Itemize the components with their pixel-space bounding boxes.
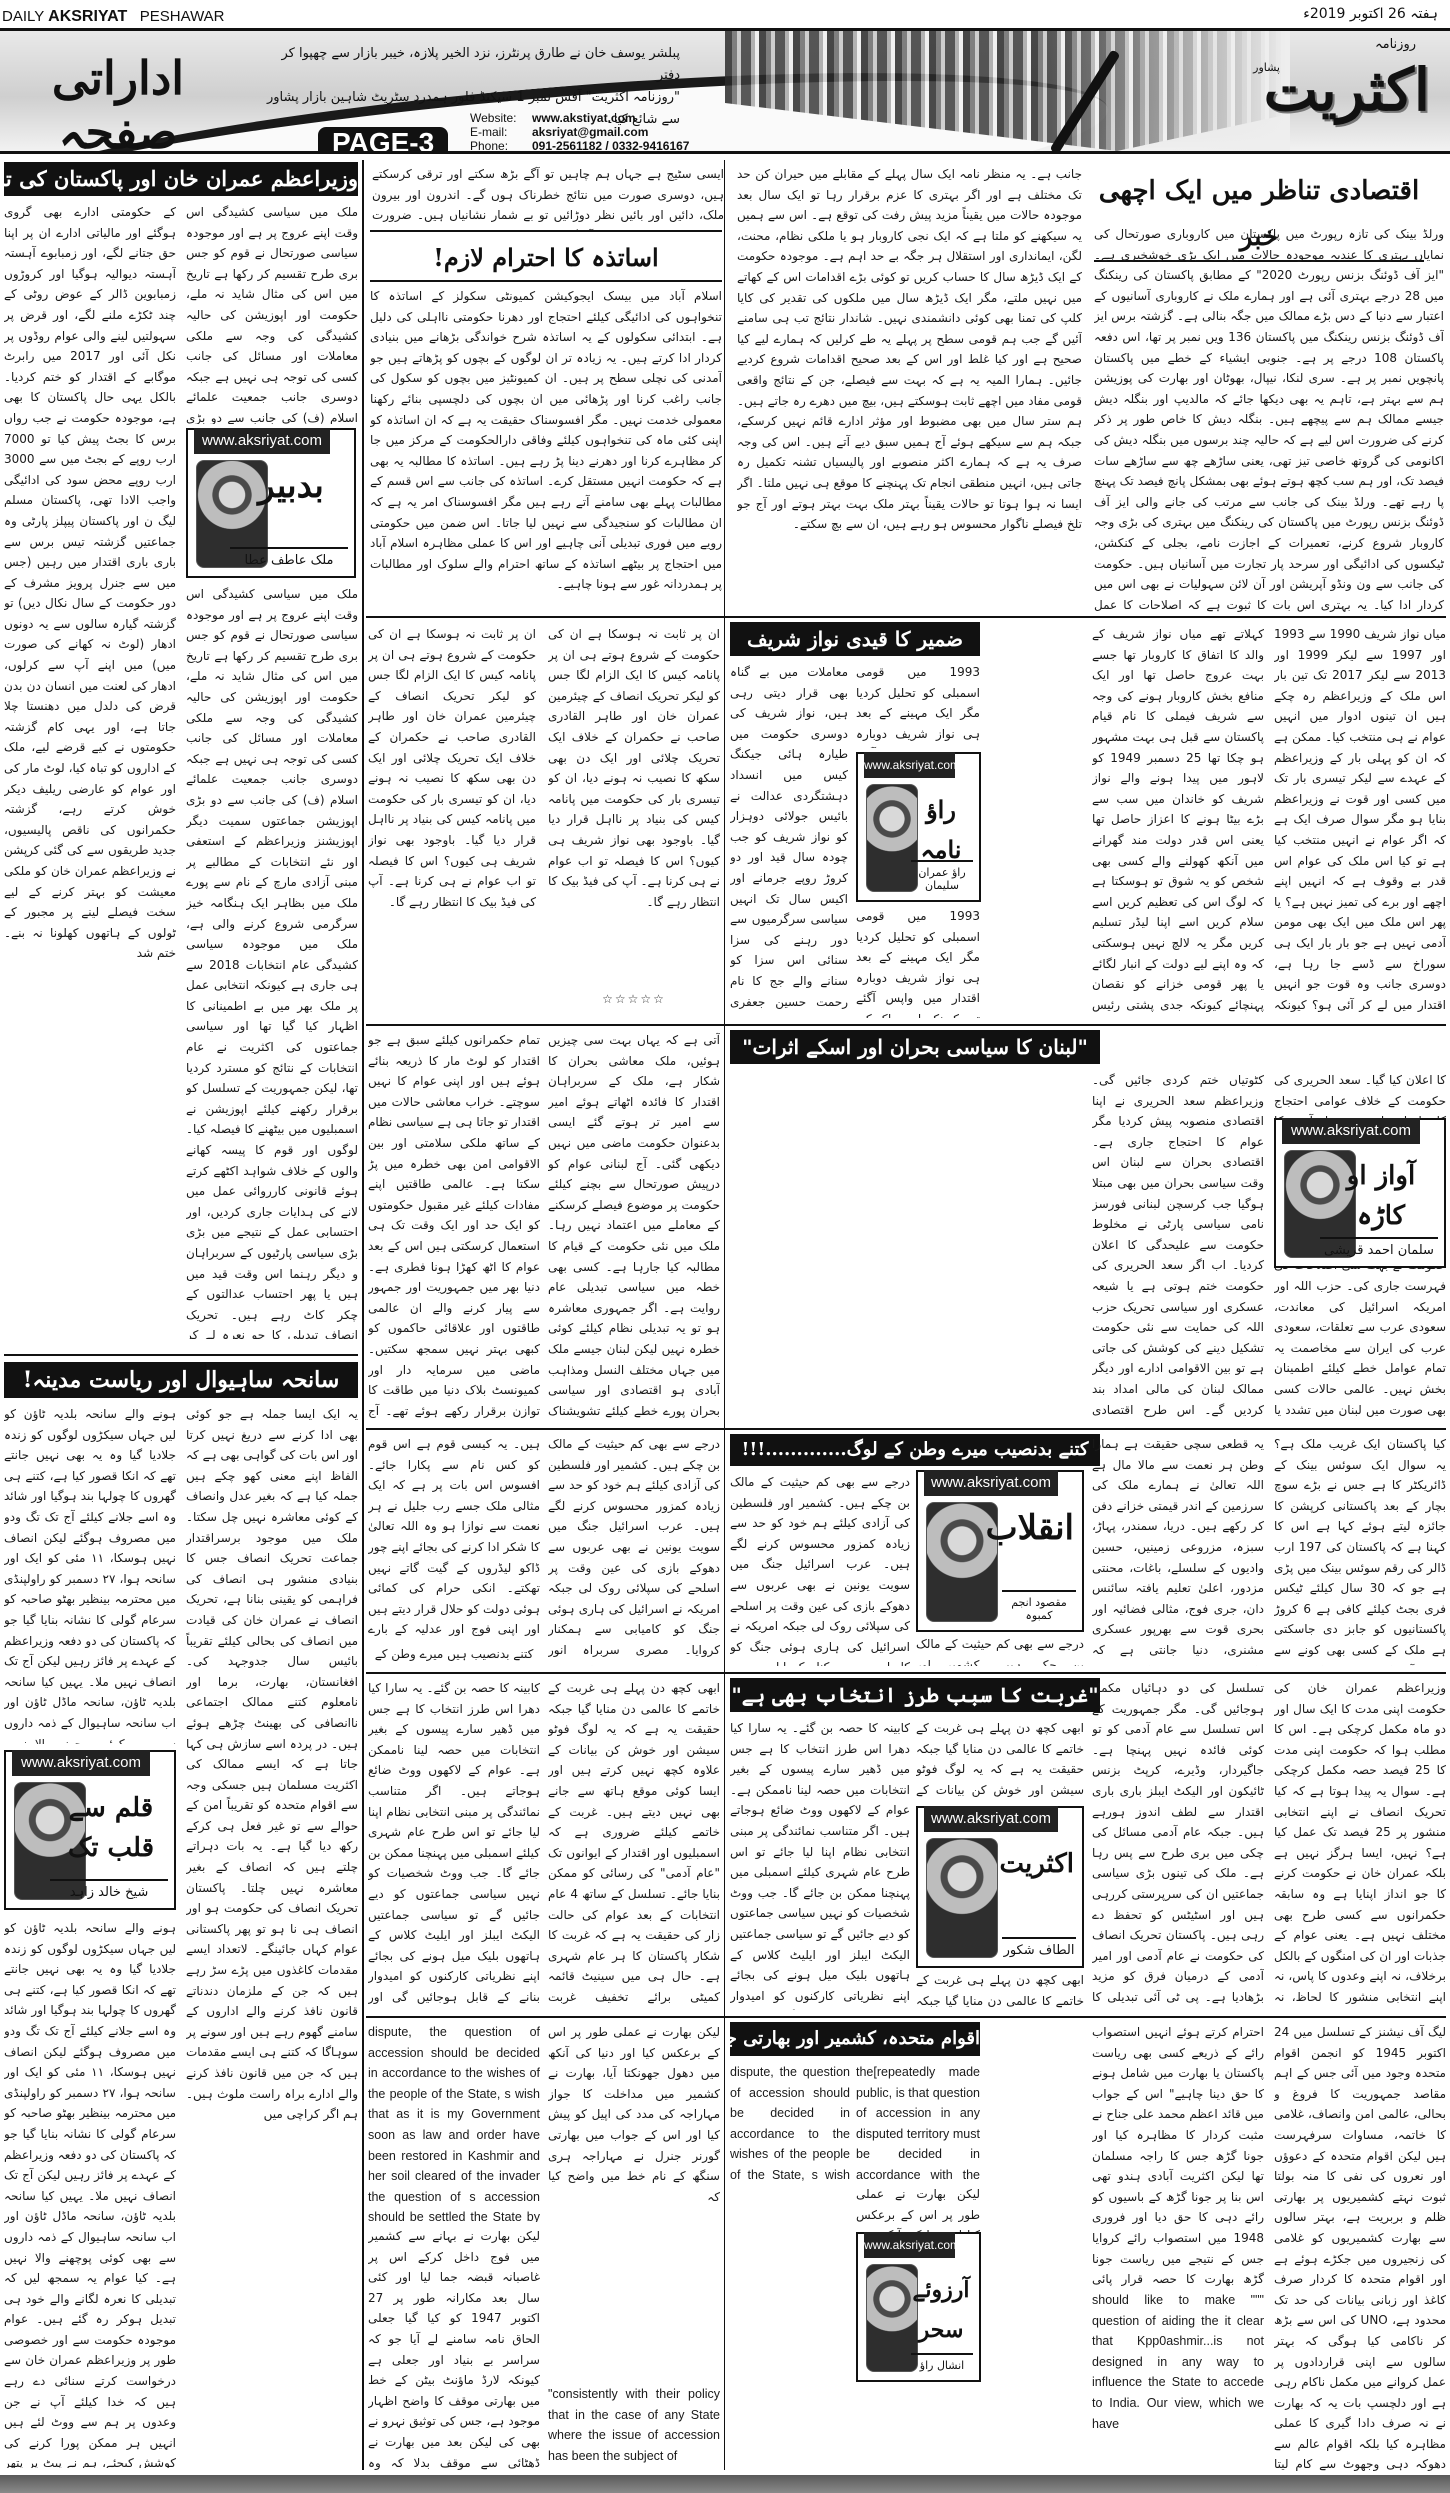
article-column: لیکن بھارت نے عملی طور پر اس کے برعکس کی… [856, 2184, 980, 2234]
article-column: ہیں۔ یہ کیسی قوم ہے اس قوم کو کس نام سے … [368, 1434, 540, 1644]
logo-city: پشاور [1253, 61, 1280, 74]
issue-date: ہفتہ 26 اکتوبر 2019ء [1303, 6, 1438, 22]
article-watan: کتنے بدنصیب میرے وطن کے لوگ.............… [368, 1434, 1446, 1669]
column-name: انقلاب [1004, 1508, 1074, 1548]
article-title: ضمیر کا قیدی نواز شریف [730, 622, 980, 656]
article-column: ورلڈ بینک کی تازہ رپورٹ میں پاکستان میں … [1094, 224, 1444, 614]
page-number-badge: PAGE-3 [318, 127, 448, 154]
article-sahiwal: سانحہ ساہیوال اور ریاست مدینہ! یہ ایک ای… [4, 1362, 358, 2472]
column-divider [362, 160, 364, 2470]
columnist-box: www.aksriyat.com بدبیر ملک عاطف عطا [186, 428, 356, 578]
columnist-author: راؤ عمران سلیمان [911, 860, 973, 892]
article-column: اسلام آباد میں بیسک ایجوکیشن کمیونٹی سکو… [370, 286, 722, 615]
column-name: بدبیر [236, 466, 346, 506]
article-column: معاملات میں بے گناہ بھی قرار دیتی رہی ہی… [730, 662, 848, 1017]
article-column: ابھی کچھ دن پہلے ہی غربت کے خاتمے کا عال… [916, 1718, 1084, 1804]
columnist-website[interactable]: www.aksriyat.com [864, 2232, 955, 2258]
article-column: لیگ آف نیشنز کے تسلسل میں 24 اکتوبر 1945… [1274, 2022, 1446, 2472]
brand-prefix: DAILY [2, 8, 44, 25]
columnist-author: سلمان احمد قریشی [1320, 1237, 1438, 1258]
article-title: "لبنان کا سیاسی بحران اور اسکے اثرات" [730, 1030, 1100, 1064]
article-column: 1993 میں قومی اسمبلی کو تحلیل کردیا مگر … [856, 662, 980, 748]
columnist-photo [926, 1838, 998, 1958]
article-column: درجے سے بھی کم حیثیت کے مالک بن چکے ہیں۔… [916, 1634, 1084, 1666]
top-line: DAILY AKSRIYAT PESHAWAR ہفتہ 26 اکتوبر 2… [0, 0, 1450, 28]
article-column: ہونے والے سانحہ بلدیہ ٹاؤن کو لیں جہاں س… [4, 1918, 176, 2468]
article-column: کابینہ کا حصہ بن گئے۔ یہ سارا کیا دھرا ا… [730, 1718, 910, 2010]
columnist-author: ملک عاطف عطا [230, 547, 348, 568]
article-column: ابھی کچھ دن پہلے ہی غربت کے خاتمے کا عال… [548, 1678, 720, 2010]
article-column: کابینہ کا حصہ بن گئے۔ یہ سارا کیا دھرا ا… [368, 1678, 540, 2010]
article-column: ابھی کچھ دن پہلے ہی غربت کے خاتمے کا عال… [916, 1970, 1084, 2010]
article-title: کتنے بدنصیب میرے وطن کے لوگ.............… [730, 1434, 1100, 1466]
article-nawaz: ضمیر کا قیدی نواز شریف میاں نواز شریف 19… [368, 622, 1446, 1022]
columnist-box: www.aksriyat.com اکثریت الطاف شکور [916, 1806, 1084, 1968]
article-lebanon: "لبنان کا سیاسی بحران اور اسکے اثرات" کا… [368, 1030, 1446, 1425]
column-name: قلم سے قلب تک [56, 1788, 166, 1868]
article-imran-mission: وزیراعظم عمران خان اور پاکستان کی ترقی ک… [4, 162, 358, 1342]
email-link[interactable]: aksriyat@gmail.com [532, 125, 648, 139]
columnist-website[interactable]: www.aksriyat.com [1282, 1118, 1420, 1144]
article-column-english: dispute, the question of accession shoul… [730, 2062, 850, 2182]
article-column-english: the[repeatedly made public, is that ques… [856, 2062, 980, 2182]
columnist-website[interactable]: www.aksriyat.com [924, 1470, 1058, 1496]
columnist-box: www.aksriyat.com آواز او کاڑہ سلمان احمد… [1274, 1118, 1446, 1268]
article-column: کے حکومتی ادارے بھی گروی ہوگئے اور مالیا… [4, 202, 176, 1337]
article-column: کٹوتیاں ختم کردی جائیں گی۔ وزیراعظم سعد … [1092, 1070, 1264, 1422]
brand-name: AKSRIYAT [48, 8, 127, 25]
article-column: ملک میں سیاسی کشیدگی اس وقت اپنے عروج پر… [186, 584, 358, 1339]
column-name: راؤ نامہ [911, 790, 971, 870]
article-column: ایسی سٹیج ہے جہاں ہم چاہیں تو آگے بڑھ سک… [372, 164, 724, 230]
article-column: کہلاتے تھے میاں نواز شریف کے والد کا اتف… [1092, 624, 1264, 1019]
columnist-author: انشال راؤ [911, 2353, 973, 2372]
phone-number: 091-2561182 / 0332-9416167 [532, 139, 689, 153]
newspaper-brand: DAILY AKSRIYAT PESHAWAR [2, 8, 225, 26]
column-name: اکثریت [1004, 1844, 1074, 1884]
article-column: یہ قطعی سچی حقیقت ہے ہمارا وطن ہر نعمت س… [1092, 1434, 1264, 1666]
article-column: ہونے والے سانحہ بلدیہ ٹاؤن کو لیں جہاں س… [4, 1404, 176, 1744]
article-title: اقوام متحدہ، کشمیر اور بھارتی جعلسازی [730, 2022, 980, 2056]
article-kashmir: اقوام متحدہ، کشمیر اور بھارتی جعلسازی لی… [368, 2022, 1446, 2472]
columnist-box: www.aksriyat.com انقلاب مقصود انجم کمبوہ [916, 1470, 1084, 1632]
article-column: ملک میں سیاسی کشیدگی اس وقت اپنے عروج پر… [186, 202, 358, 424]
article-column: وزیراعظم عمران خان کی حکومت اپنی مدت کا … [1274, 1678, 1446, 2010]
article-column: آتی ہے کہ یہاں بہت سی چیزیں ہوئیں، ملک م… [548, 1030, 720, 1422]
contact-info: Website:www.akstiyat.com E-mail:aksriyat… [470, 111, 689, 153]
columnist-author: الطاف شکور [1002, 1937, 1076, 1958]
columnist-box: www.aksriyat.com قلم سے قلب تک شیخ خالد … [4, 1750, 176, 1910]
article-closing: کتنے بدنصیب ہیں میرے وطن کے لوگ [368, 1644, 540, 1666]
editorial-economy: اقتصادی تناظر میں ایک اچھی خبر ورلڈ بینک… [370, 160, 1444, 615]
article-column: درجے سے بھی کم حیثیت کے مالک بن چکے ہیں۔… [730, 1472, 910, 1666]
article-column: 1993 میں قومی اسمبلی کو تحلیل کردیا مگر … [856, 906, 980, 1018]
article-column: میاں نواز شریف 1990 سے 1993 اور 1997 سے … [1274, 624, 1446, 1019]
columnist-website[interactable]: www.aksriyat.com [924, 1806, 1058, 1832]
columnist-box: www.aksriyat.com راؤ نامہ راؤ عمران سلیم… [856, 752, 981, 902]
article-column: تمام حکمرانوں کیلئے سبق ہے جو اقتدار کو … [368, 1030, 540, 1422]
article-ghurbat: "غربت کا سبب طرز انتخاب بھی ہے" وزیراعظم… [368, 1678, 1446, 2013]
article-column: احترام کرتے ہوئے انہیں استصواب رائے کے ذ… [1092, 2022, 1264, 2287]
article-column: ان پر ثابت نہ ہوسکا ہے ان کی حکومت کے شر… [368, 624, 536, 964]
columnist-box: www.aksriyat.com آرزوئے سحر انشال راؤ [856, 2232, 981, 2382]
article-title: اساتذہ کا احترام لازم! [370, 236, 722, 282]
article-title: "غربت کا سبب طرز انتخاب بھی ہے" [730, 1678, 1100, 1712]
article-column-english: "consistently with their policy that in … [548, 2384, 720, 2472]
website-link[interactable]: www.akstiyat.com [532, 111, 636, 125]
article-column: لیکن بھارت نے عملی طور پر اس کے برعکس کی… [548, 2022, 720, 2382]
article-title: سانحہ ساہیوال اور ریاست مدینہ! [4, 1362, 358, 1398]
newspaper-logo: روزنامہ پشاور اکثریت [1230, 37, 1430, 149]
column-name: آواز او کاڑہ [1326, 1156, 1436, 1236]
columnist-author: شیخ خالد زاہد [50, 1879, 168, 1900]
columnist-author: مقصود انجم کمبوہ [1002, 1590, 1076, 1622]
columnist-website[interactable]: www.aksriyat.com [864, 752, 955, 778]
page-title: اداراتی صفحہ [18, 51, 218, 154]
masthead: روزنامہ پشاور اکثریت اداراتی صفحہ پبلشر … [0, 28, 1450, 154]
article-column: درجے سے بھی کم حیثیت کے مالک بن چکے ہیں۔… [548, 1434, 720, 1666]
logo-prefix: روزنامہ [1230, 37, 1416, 52]
article-column: لیکن بھارت نے بہانے سے کشمیر میں فوج داخ… [368, 2226, 540, 2472]
article-title: وزیراعظم عمران خان اور پاکستان کی ترقی ک… [4, 162, 358, 196]
article-column-english: dispute, the question of accession shoul… [368, 2022, 540, 2222]
brand-city: PESHAWAR [140, 8, 225, 25]
article-column: کیا پاکستان ایک غریب ملک ہے؟ یہ سوال ایک… [1274, 1434, 1446, 1666]
columnist-website[interactable]: www.aksriyat.com [194, 428, 330, 454]
columnist-website[interactable]: www.aksriyat.com [12, 1750, 150, 1776]
column-name: آرزوئے سحر [911, 2270, 971, 2350]
article-column: ان پر ثابت نہ ہوسکا ہے ان کی حکومت کے شر… [548, 624, 720, 964]
article-column: تسلسل کی دو دہائیاں مکمل ہوجائیں گی۔ مگر… [1092, 1678, 1264, 2010]
article-column: جانب ہے۔ یہ منظر نامہ ایک سال پہلے کے مق… [737, 164, 1082, 614]
page-footer-bar [0, 2475, 1450, 2493]
article-end-stars: ☆☆☆☆☆ [548, 992, 720, 1006]
article-column-english: should like to make """ question of aidi… [1092, 2290, 1264, 2472]
article-column: یہ ایک ایسا جملہ ہے جو کوئی بھی ادا کرنے… [186, 1404, 358, 2469]
